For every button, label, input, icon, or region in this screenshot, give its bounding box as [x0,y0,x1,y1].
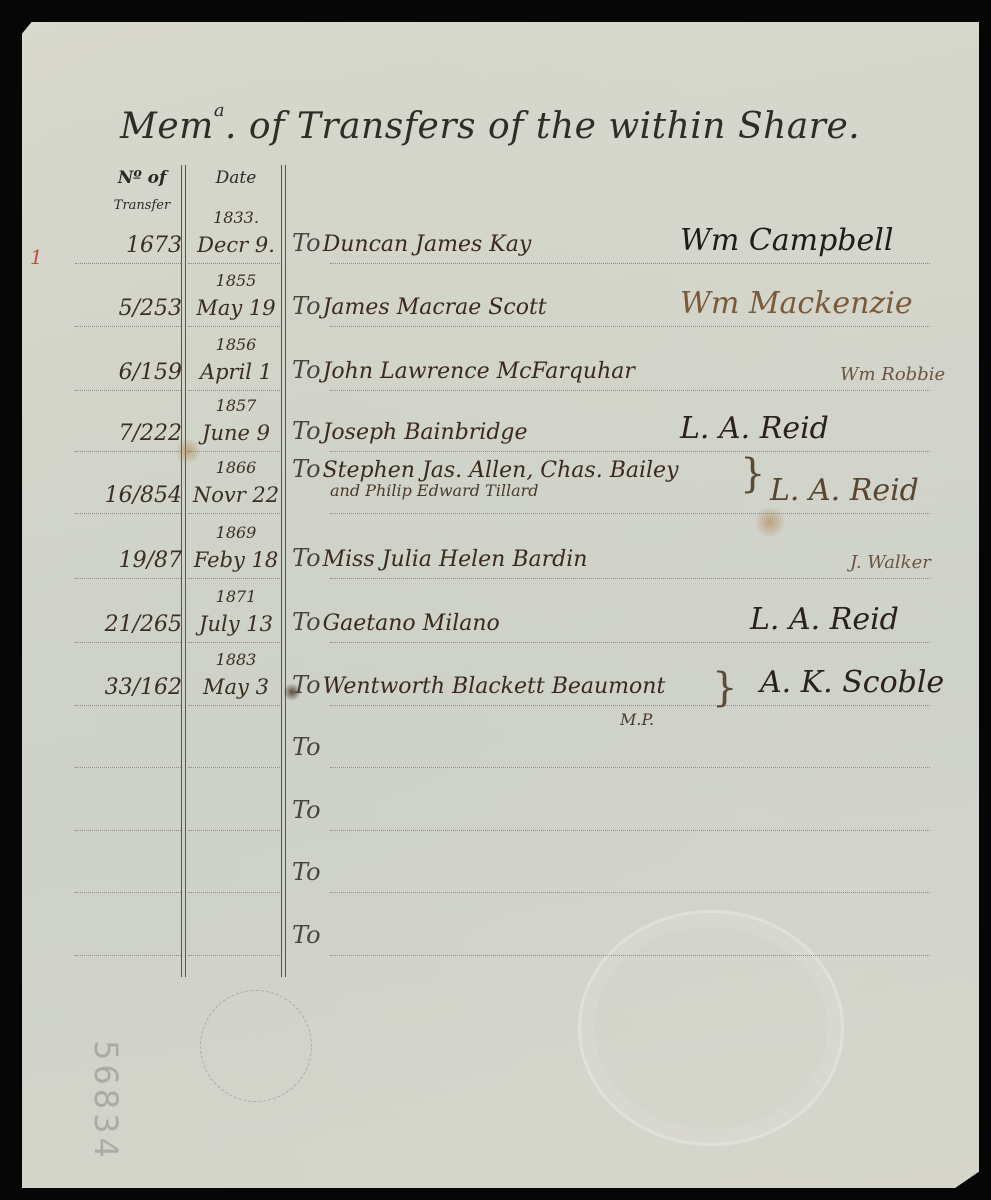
transferee-line: ToJames Macrae Scott [292,292,547,320]
column-divider [185,165,186,977]
transferee-name: Joseph Bainbridge [323,420,528,445]
row-rule [188,892,280,893]
transfer-date: Decr 9. [188,233,284,257]
row-rule [75,642,181,643]
to-label: To [292,356,321,384]
row-rule [188,578,280,579]
header-transfer-number: Nº ofTransfer [102,168,182,216]
page-title: Mema. of Transfers of the within Share. [120,100,940,147]
row-rule [330,451,930,452]
margin-mark: 1 [30,245,43,269]
row-rule [330,390,930,391]
transferee-line: To [292,858,323,886]
row-rule [188,955,280,956]
transferee-line: ToGaetano Milano [292,608,500,636]
transfer-signature: Wm Robbie [840,364,945,385]
transfer-number: 1673 [78,233,182,258]
title-prefix: Mem [120,106,214,147]
row-rule [330,892,930,893]
transferee-line: To [292,796,323,824]
transferee-line: ToDuncan James Kay [292,229,531,257]
title-superscript: a [214,100,225,121]
brace: } [712,665,737,711]
to-label: To [292,229,321,257]
transfer-number: 5/253 [78,296,182,321]
row-rule [75,892,181,893]
transferee-name: Wentworth Blackett Beaumont [323,674,666,699]
to-label: To [292,921,321,949]
transfer-signature: L. A. Reid [680,411,829,446]
row-rule [330,513,930,514]
row-rule [188,705,280,706]
transfer-date: June 9 [188,421,284,445]
transferee-line: To [292,733,323,761]
transfer-date: Novr 22 [188,483,284,507]
transfer-year: 1856 [190,335,282,354]
transfer-year: 1833. [190,208,282,227]
transfer-signature: A. K. Scoble [760,665,944,700]
transfer-number: 6/159 [78,360,182,385]
ink-blot [283,683,301,701]
to-label: To [292,796,321,824]
row-rule [75,830,181,831]
transfer-year: 1871 [190,587,282,606]
transferee-line: ToMiss Julia Helen Bardin [292,544,587,572]
transfer-number: 16/854 [78,483,182,508]
brace: } [740,451,765,497]
transferee-name: John Lawrence McFarquhar [323,359,635,384]
ink-stain [175,438,201,464]
row-rule [75,513,181,514]
row-rule [188,642,280,643]
transferee-name: Stephen Jas. Allen, Chas. Bailey [323,458,679,483]
header-number-line2: Transfer [102,196,182,216]
transfer-number: 7/222 [78,421,182,446]
row-rule [330,955,930,956]
transfer-date: Feby 18 [188,548,284,572]
header-date: Date [192,168,280,188]
row-rule [188,390,280,391]
transfer-signature: L. A. Reid [750,602,899,637]
transfer-date: April 1 [188,360,284,384]
row-rule [75,705,181,706]
row-rule [188,830,280,831]
transfer-signature: L. A. Reid [770,473,919,508]
row-rule [330,830,930,831]
row-rule [330,705,930,706]
to-label: To [292,417,321,445]
row-rule [330,263,930,264]
embossed-seal [578,910,844,1146]
to-label: To [292,292,321,320]
row-rule [75,263,181,264]
row-rule [188,767,280,768]
transfer-signature: J. Walker [850,552,931,573]
to-label: To [292,455,321,483]
row-rule [75,955,181,956]
transferee-line: ToStephen Jas. Allen, Chas. Bailey [292,455,679,483]
header-number-line1: Nº of [118,168,167,188]
row-rule [75,767,181,768]
transfer-date: May 3 [188,675,284,699]
ink-stain [755,505,785,539]
transferee-name: James Macrae Scott [323,295,547,320]
to-label: To [292,608,321,636]
transfer-number: 19/87 [78,548,182,573]
transferee-line: To [292,921,323,949]
title-suffix: . of Transfers of the within Share. [225,106,860,147]
transferee-name: Miss Julia Helen Bardin [323,547,588,572]
transferee-line: ToJohn Lawrence McFarquhar [292,356,635,384]
row-rule [330,578,930,579]
row-rule [75,326,181,327]
row-rule [75,578,181,579]
row-rule [75,390,181,391]
transfer-signature: Wm Campbell [680,223,893,258]
transferee-name-line2: and Philip Edward Tillard [330,481,539,500]
transferee-line: ToWentworth Blackett Beaumont [292,671,665,699]
transfer-year: 1883 [190,650,282,669]
row-rule [188,326,280,327]
to-label: To [292,858,321,886]
transfer-signature: Wm Mackenzie [680,286,913,321]
transferee-line: ToJoseph Bainbridge [292,417,528,445]
row-rule [188,451,280,452]
row-rule [188,513,280,514]
transfer-year: 1866 [190,458,282,477]
transfer-year: 1857 [190,396,282,415]
row-rule [75,451,181,452]
to-label: To [292,544,321,572]
transfer-date: May 19 [188,296,284,320]
transferee-name-line2: M.P. [620,710,654,729]
transfer-year: 1869 [190,523,282,542]
transfer-number: 21/265 [78,612,182,637]
transferee-name: Duncan James Kay [323,232,532,257]
row-rule [330,326,930,327]
serial-stamp-number: 56834 [87,1040,125,1162]
transfer-date: July 13 [188,612,284,636]
faint-stamp-circle [200,990,312,1102]
row-rule [330,642,930,643]
transfer-year: 1855 [190,271,282,290]
row-rule [330,767,930,768]
transferee-name: Gaetano Milano [323,611,500,636]
to-label: To [292,733,321,761]
column-divider [285,165,286,977]
row-rule [188,263,280,264]
transfer-number: 33/162 [78,675,182,700]
